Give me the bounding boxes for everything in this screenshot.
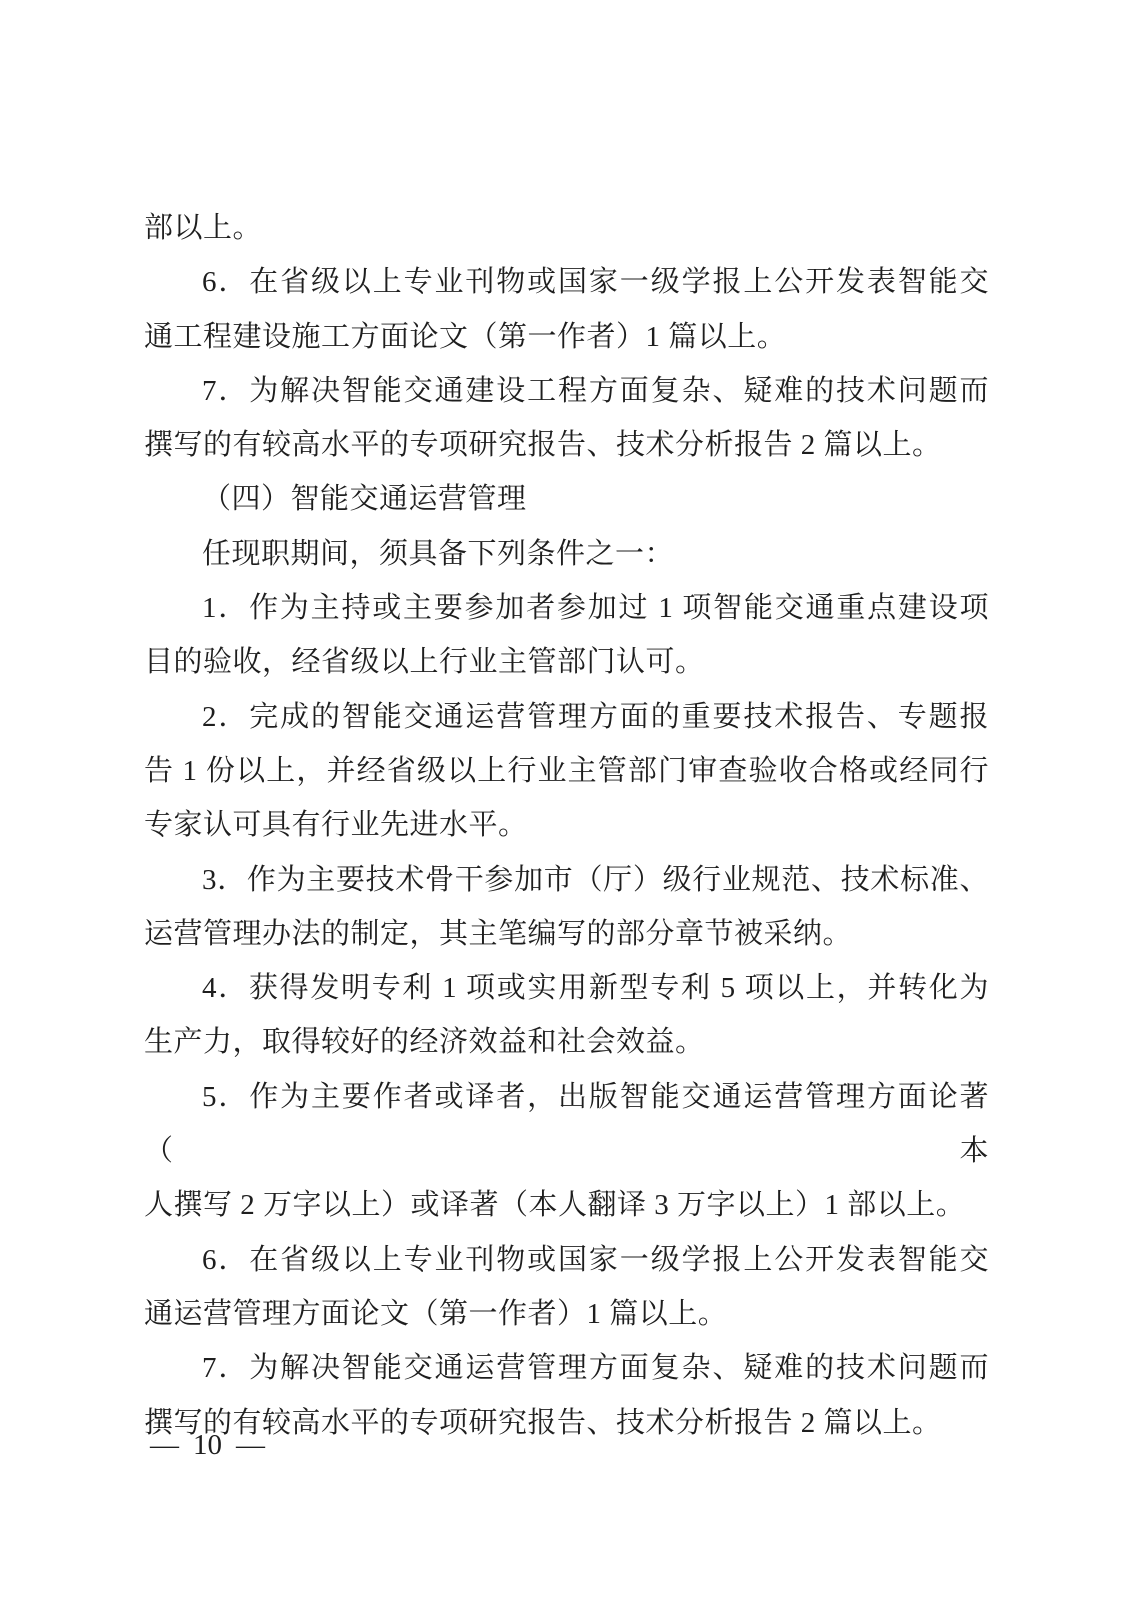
text-line: 告 1 份以上，并经省级以上行业主管部门审查验收合格或经同行	[144, 744, 989, 798]
text-line: 6．在省级以上专业刊物或国家一级学报上公开发表智能交	[144, 255, 989, 309]
text-line: 通工程建设施工方面论文（第一作者）1 篇以上。	[144, 310, 989, 364]
text-line: 人撰写 2 万字以上）或译著（本人翻译 3 万字以上）1 部以上。	[144, 1178, 989, 1232]
document-page: 部以上。6．在省级以上专业刊物或国家一级学报上公开发表智能交通工程建设施工方面论…	[0, 0, 1131, 1600]
text-line: 7．为解决智能交通运营管理方面复杂、疑难的技术问题而	[144, 1341, 989, 1395]
footer-dash-right: —	[236, 1429, 265, 1461]
page-footer: —10—	[150, 1428, 265, 1462]
text-line: 3．作为主要技术骨干参加市（厅）级行业规范、技术标准、	[144, 853, 989, 907]
footer-dash-left: —	[150, 1429, 179, 1461]
document-body: 部以上。6．在省级以上专业刊物或国家一级学报上公开发表智能交通工程建设施工方面论…	[144, 201, 989, 1450]
text-line: 撰写的有较高水平的专项研究报告、技术分析报告 2 篇以上。	[144, 1396, 989, 1450]
text-line: 生产力，取得较好的经济效益和社会效益。	[144, 1015, 989, 1069]
text-line: 通运营管理方面论文（第一作者）1 篇以上。	[144, 1287, 989, 1341]
text-line: 5．作为主要作者或译者，出版智能交通运营管理方面论著（本	[144, 1070, 989, 1179]
text-line: 运营管理办法的制定，其主笔编写的部分章节被采纳。	[144, 907, 989, 961]
text-line: 目的验收，经省级以上行业主管部门认可。	[144, 635, 989, 689]
text-line: 4．获得发明专利 1 项或实用新型专利 5 项以上，并转化为	[144, 961, 989, 1015]
text-line: 6．在省级以上专业刊物或国家一级学报上公开发表智能交	[144, 1233, 989, 1287]
text-line: 任现职期间，须具备下列条件之一：	[144, 527, 989, 581]
text-line: 1．作为主持或主要参加者参加过 1 项智能交通重点建设项	[144, 581, 989, 635]
text-line: 部以上。	[144, 201, 989, 255]
text-line: 专家认可具有行业先进水平。	[144, 798, 989, 852]
text-line: 7．为解决智能交通建设工程方面复杂、疑难的技术问题而	[144, 364, 989, 418]
text-line: 2．完成的智能交通运营管理方面的重要技术报告、专题报	[144, 690, 989, 744]
text-line: 撰写的有较高水平的专项研究报告、技术分析报告 2 篇以上。	[144, 418, 989, 472]
section-heading: （四）智能交通运营管理	[144, 472, 989, 526]
page-number: 10	[193, 1429, 222, 1461]
